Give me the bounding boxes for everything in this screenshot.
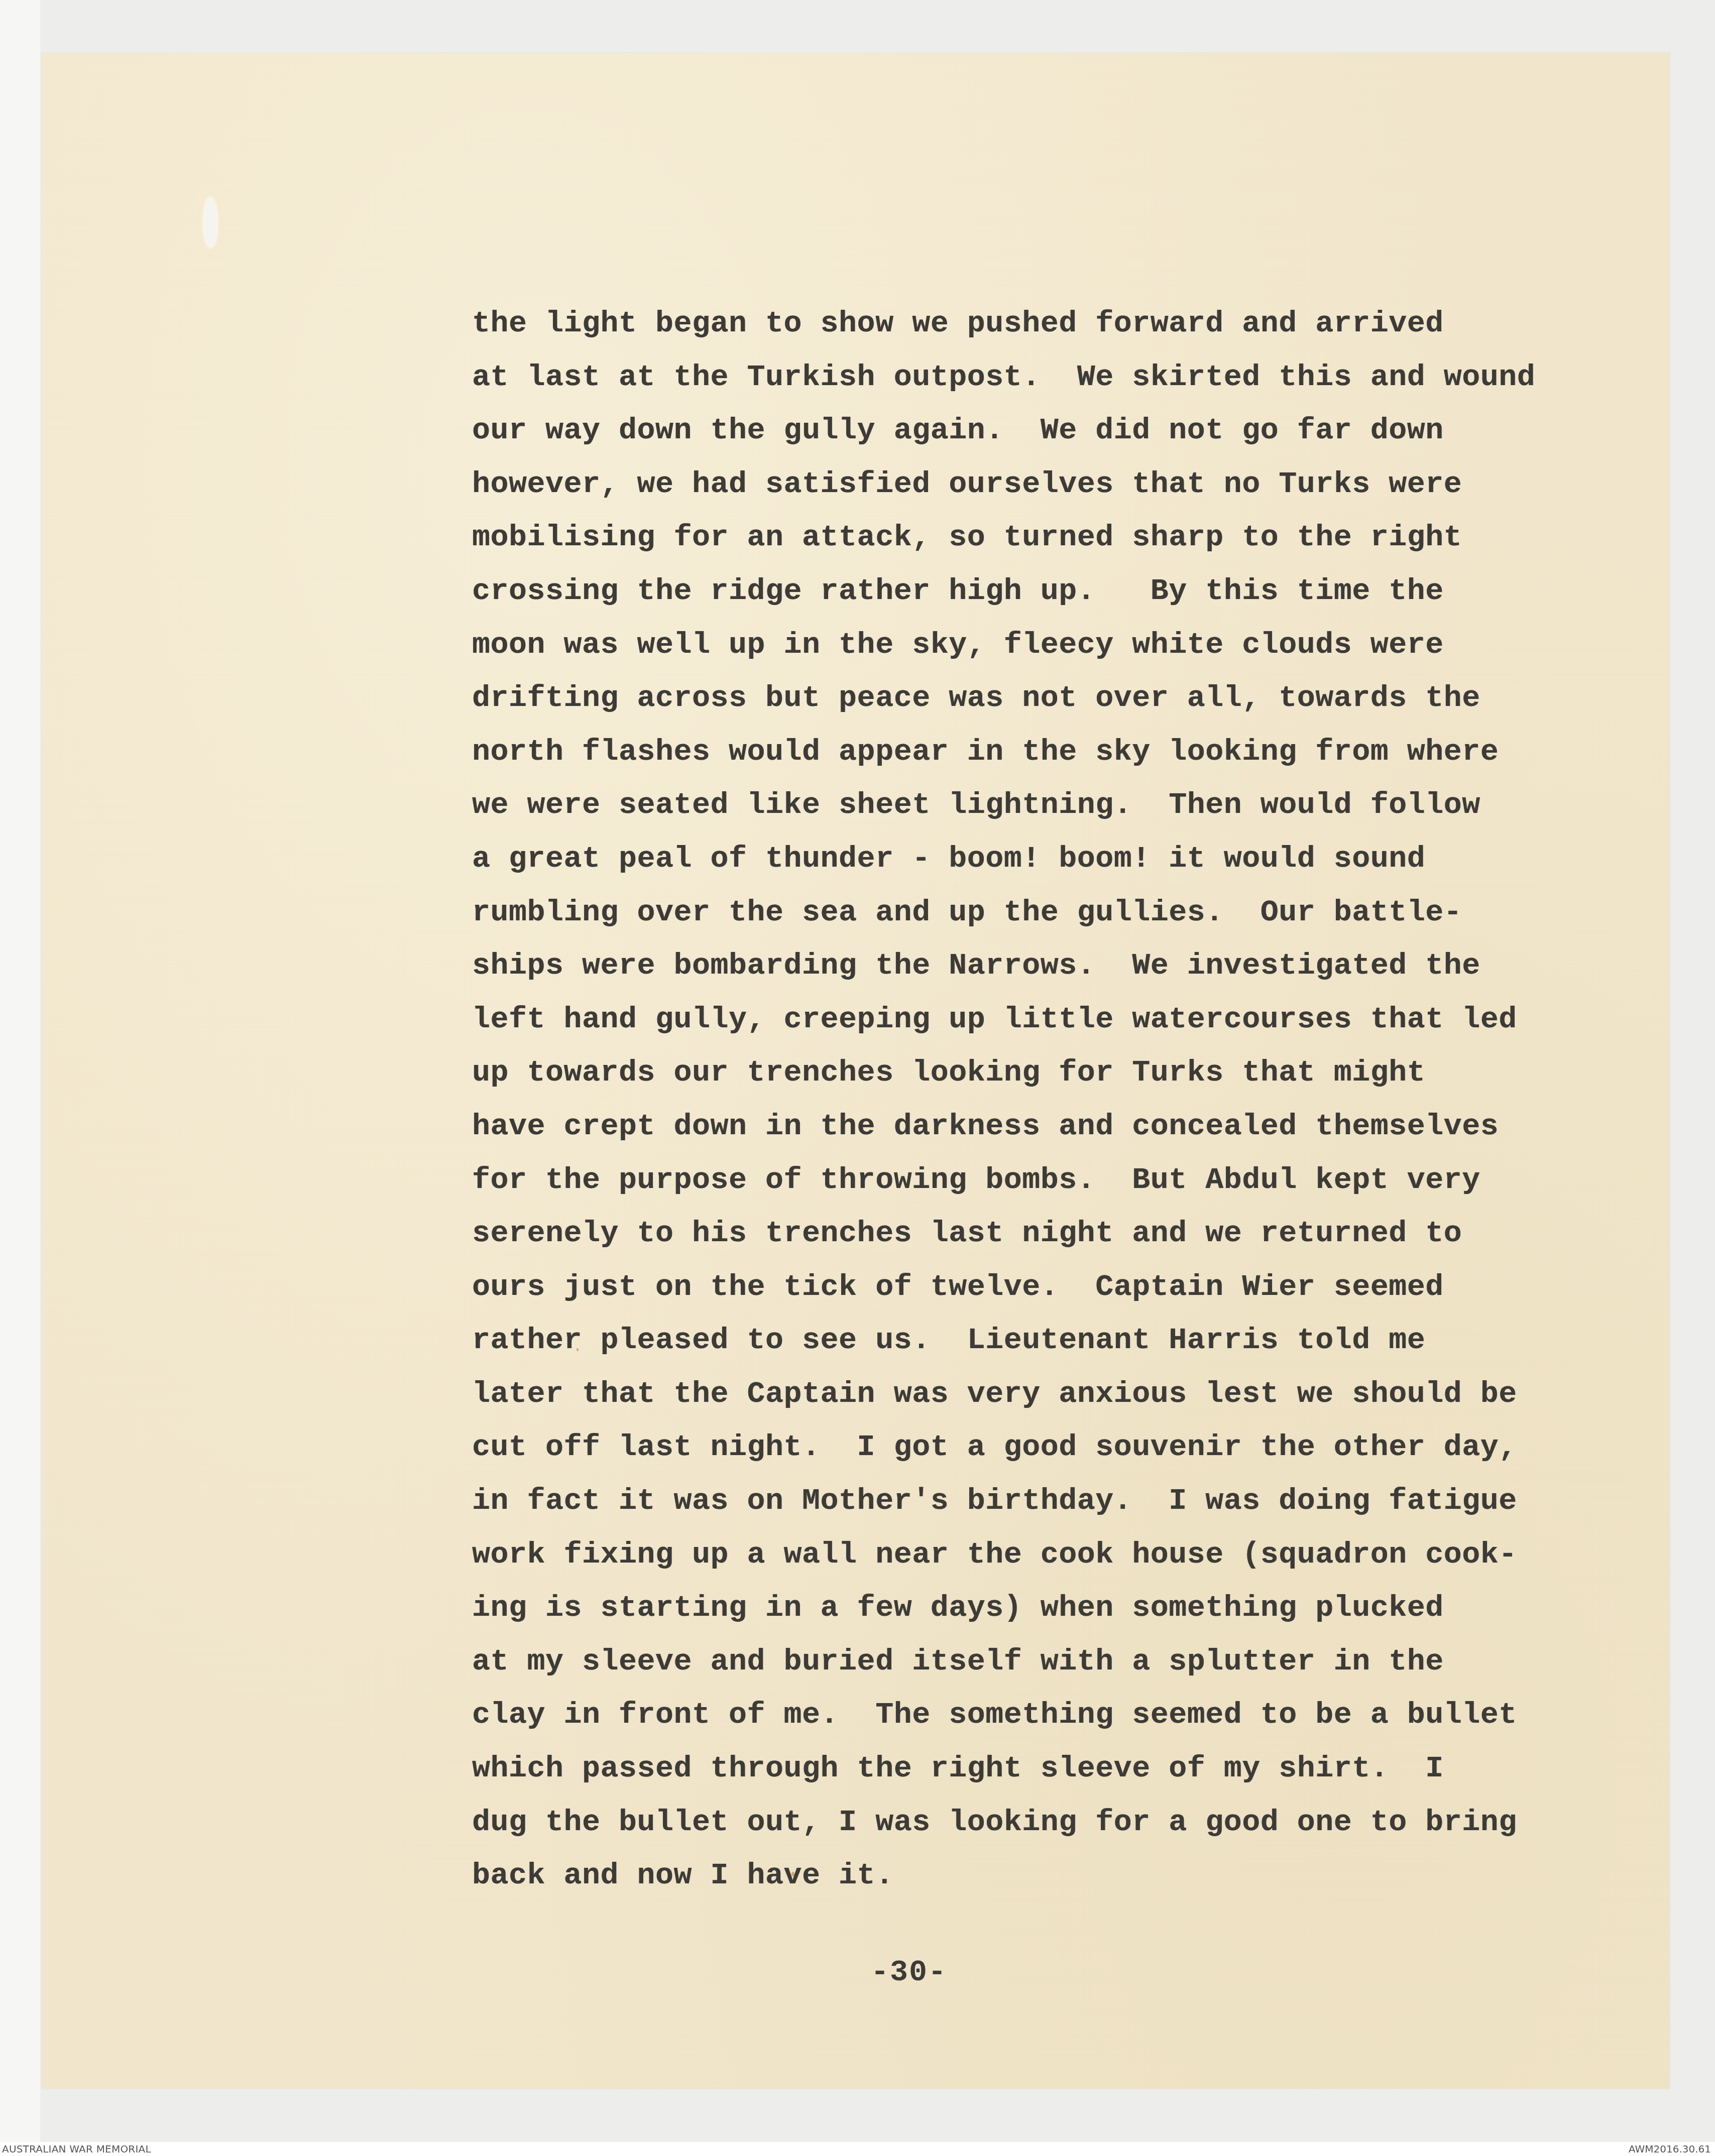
- document-body: the light began to show we pushed forwar…: [472, 305, 1667, 1911]
- text-line: we were seated like sheet lightning. The…: [472, 787, 1667, 841]
- text-line: ing is starting in a few days) when some…: [472, 1590, 1667, 1643]
- text-line: back and now I have it.: [472, 1857, 1667, 1911]
- text-line: left hand gully, creeping up little wate…: [472, 1001, 1667, 1055]
- text-line: for the purpose of throwing bombs. But A…: [472, 1162, 1667, 1216]
- text-line: work fixing up a wall near the cook hous…: [472, 1536, 1667, 1590]
- text-line: which passed through the right sleeve of…: [472, 1750, 1667, 1804]
- text-line: at last at the Turkish outpost. We skirt…: [472, 359, 1667, 413]
- text-line: later that the Captain was very anxious …: [472, 1376, 1667, 1429]
- text-line: moon was well up in the sky, fleecy whit…: [472, 627, 1667, 680]
- text-line: a great peal of thunder - boom! boom! it…: [472, 841, 1667, 894]
- institution-credit: AUSTRALIAN WAR MEMORIAL: [2, 2143, 151, 2155]
- text-line: at my sleeve and buried itself with a sp…: [472, 1643, 1667, 1697]
- text-line: have crept down in the darkness and conc…: [472, 1108, 1667, 1162]
- scan-backdrop-edge: [0, 0, 40, 2142]
- page-number: -30-: [854, 1956, 964, 1990]
- text-line: ships were bombarding the Narrows. We in…: [472, 947, 1667, 1001]
- text-line: drifting across but peace was not over a…: [472, 680, 1667, 734]
- text-line: serenely to his trenches last night and …: [472, 1215, 1667, 1269]
- text-line: rumbling over the sea and up the gullies…: [472, 894, 1667, 948]
- text-line: dug the bullet out, I was looking for a …: [472, 1804, 1667, 1858]
- text-line: however, we had satisfied ourselves that…: [472, 466, 1667, 520]
- paper-tear-hole: [205, 198, 216, 246]
- text-line: in fact it was on Mother's birthday. I w…: [472, 1483, 1667, 1536]
- text-line: the light began to show we pushed forwar…: [472, 305, 1667, 359]
- text-line: mobilising for an attack, so turned shar…: [472, 519, 1667, 573]
- text-line: our way down the gully again. We did not…: [472, 412, 1667, 466]
- text-line: north flashes would appear in the sky lo…: [472, 734, 1667, 787]
- text-line: crossing the ridge rather high up. By th…: [472, 573, 1667, 627]
- accession-number: AWM2016.30.61: [1629, 2143, 1711, 2155]
- text-line: clay in front of me. The something seeme…: [472, 1697, 1667, 1750]
- text-line: up towards our trenches looking for Turk…: [472, 1054, 1667, 1108]
- text-line: cut off last night. I got a good souveni…: [472, 1429, 1667, 1483]
- text-line: rather pleased to see us. Lieutenant Har…: [472, 1322, 1667, 1376]
- text-line: ours just on the tick of twelve. Captain…: [472, 1269, 1667, 1323]
